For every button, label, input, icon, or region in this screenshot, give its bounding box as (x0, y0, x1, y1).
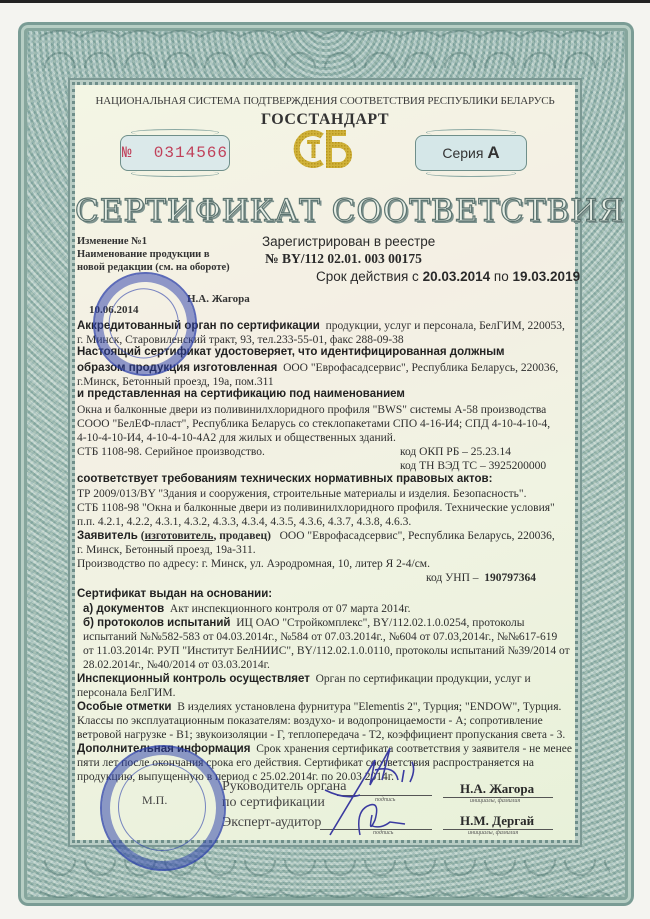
head-name-caption: инициалы, фамилия (470, 798, 520, 804)
valid-from: 20.03.2014 (423, 269, 491, 284)
special-1: В изделиях установлена фурнитура "Elemen… (177, 701, 561, 713)
series-badge: Серия A (415, 135, 527, 171)
docs-text: Акт инспекционного контроля от 07 марта … (170, 603, 411, 615)
production-address: Производство по адресу: г. Минск, ул. Аэ… (77, 557, 430, 571)
accredited-text-1: продукции, услуг и персонала, БелГИМ, 22… (326, 320, 565, 332)
valid-to: 19.03.2019 (513, 269, 581, 284)
expert-name-caption: инициалы, фамилия (468, 830, 518, 836)
applicant-maker: изготовитель (145, 530, 214, 542)
registry-label: Зарегистрирован в реестре (262, 234, 435, 249)
conforms-label: соответствует требованиям технических но… (77, 473, 492, 485)
amendment-line-2: Наименование продукции в (77, 248, 210, 261)
border-ornament-bottom (40, 860, 610, 900)
inspection-line: Инспекционный контроль осуществляет Орга… (77, 672, 531, 686)
certificate-number-badge: № 0314566 (120, 135, 230, 171)
series-label: Серия (442, 145, 483, 161)
protocols-1: ИЦ ОАО "Стройкомплекс", BY/112.02.1.0.02… (236, 617, 524, 629)
unp-value: 190797364 (484, 572, 536, 584)
applicant-1: ООО "Еврофасадсервис", Республика Белару… (280, 530, 555, 542)
norm-2: СТБ 1108-98 "Окна и балконные двери из п… (77, 501, 555, 515)
docs-label: а) документов (83, 603, 164, 615)
protocols-2: испытаний №№582-583 от 04.03.2014г., №58… (83, 630, 557, 644)
series-text: Серия A (442, 143, 499, 163)
inspection-2: персонала БелГИМ. (77, 686, 175, 700)
validity-label: Срок действия с (316, 269, 419, 284)
docs-line: а) документов Акт инспекционного контрол… (83, 602, 411, 616)
validity-period: Срок действия с 20.03.2014 по 19.03.2019 (316, 269, 580, 284)
product-1: Окна и балконные двери из поливинилхлори… (77, 403, 546, 417)
special-2: Классы по эксплуатационным показателям: … (77, 714, 543, 728)
border-ornament-top (40, 28, 610, 68)
number-value: 0314566 (154, 144, 228, 162)
product-4: СТБ 1108-98. Серийное производство. (77, 445, 265, 459)
head-name: Н.А. Жагора (460, 781, 534, 797)
stb-logo-icon (293, 127, 357, 171)
inspection-label: Инспекционный контроль осуществляет (77, 673, 310, 685)
applicant-label: Заявитель (77, 530, 138, 542)
special-line: Особые отметки В изделиях установлена фу… (77, 700, 561, 714)
tn-ved-code: код ТН ВЭД ТС – 3925200000 (400, 459, 546, 473)
number-sign: № (122, 144, 133, 162)
expert-label: Эксперт-аудитор (222, 815, 321, 831)
head-label-2: по сертификации (222, 795, 325, 811)
stamp-label: М.П. (142, 793, 167, 808)
applicant-line: Заявитель (изготовитель, продавец) ООО "… (77, 529, 555, 543)
manufacturer-2: г.Минск, Бетонный проезд, 19а, пом.311 (77, 375, 274, 389)
special-label: Особые отметки (77, 701, 171, 713)
product-2: СООО "БелЕФ-пласт", Республика Беларусь … (77, 417, 550, 431)
manufacturer-1: ООО "Еврофасадсервис", Республика Белару… (283, 362, 558, 374)
protocols-label: б) протоколов испытаний (83, 617, 230, 629)
validity-to-label: по (494, 269, 509, 284)
expert-name: Н.М. Дергай (460, 813, 534, 829)
product-3: 4-10-4-10-И4, 4-10-4-10-4А2 для жилых и … (77, 431, 396, 445)
presented-label: и представленная на сертификацию под наи… (77, 388, 405, 400)
applicant-seller: , продавец) (213, 530, 271, 542)
certificate-panel: НАЦИОНАЛЬНАЯ СИСТЕМА ПОДТВЕРЖДЕНИЯ СООТВ… (75, 85, 575, 840)
official-seal-icon: М.П. (100, 745, 226, 871)
issued-label: Сертификат выдан на основании: (77, 588, 272, 600)
unp-label: код УНП – (426, 572, 479, 584)
national-system-heading: НАЦИОНАЛЬНАЯ СИСТЕМА ПОДТВЕРЖДЕНИЯ СООТВ… (75, 95, 575, 107)
amendment-signer: Н.А. Жагора (187, 293, 250, 306)
certificate-number: № 0314566 (122, 144, 228, 162)
scan-top-edge (0, 0, 650, 3)
protocols-3: от 11.03.2014г. РУП "Институт БелНИИС", … (83, 644, 570, 658)
signature-expert-icon (350, 800, 420, 840)
okp-code: код ОКП РБ – 25.23.14 (400, 445, 511, 459)
series-value: A (487, 143, 499, 162)
amendment-line-1: Изменение №1 (77, 235, 147, 248)
norm-3: п.п. 4.2.1, 4.2.2, 4.3.1, 4.3.2, 4.3.3, … (77, 515, 411, 529)
applicant-2: г. Минск, Бетонный проезд, 19а-311. (77, 543, 256, 557)
protocols-4: 28.02.2014г., №40/2014 от 03.03.2014г. (83, 658, 270, 672)
protocols-line: б) протоколов испытаний ИЦ ОАО "Стройком… (83, 616, 525, 630)
certificate-title: СЕРТИФИКАТ СООТВЕТСТВИЯ (75, 193, 575, 229)
unp-code: код УНП – 190797364 (426, 571, 536, 585)
registry-number: № BY/112 02.01. 003 00175 (265, 251, 422, 267)
inspection-1: Орган по сертификации продукции, услуг и (316, 673, 531, 685)
norm-1: ТР 2009/013/BY "Здания и сооружения, стр… (77, 487, 527, 501)
